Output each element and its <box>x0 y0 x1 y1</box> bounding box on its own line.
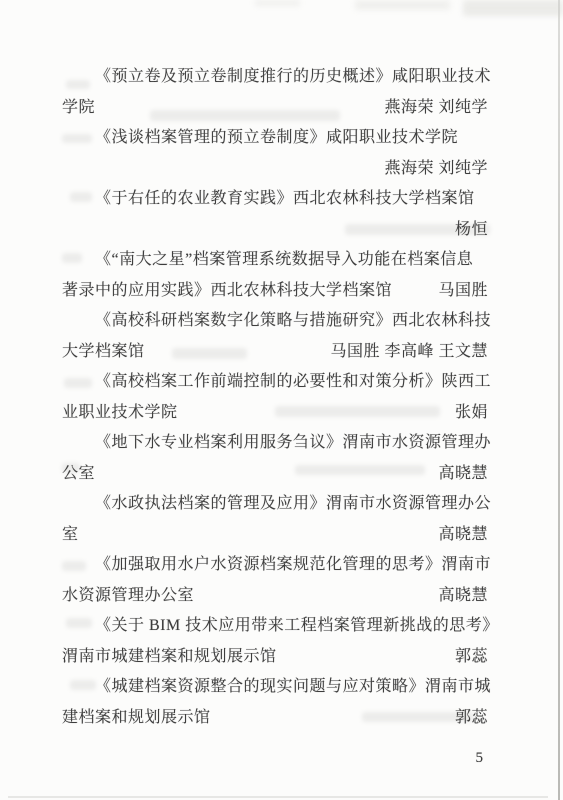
entry-institution-text: 渭南市城建档案和规划展示馆 <box>62 642 277 673</box>
document-line: 《于右任的农业教育实践》西北农林科技大学档案馆 <box>62 184 490 215</box>
author-names: 高晓慧 <box>438 581 490 612</box>
scan-smudge <box>255 0 300 6</box>
document-line: 《地下水专业档案利用服务刍议》渭南市水资源管理办 <box>62 428 490 459</box>
document-line: 《水政执法档案的管理及应用》渭南市水资源管理办公 <box>62 489 490 520</box>
entry-title-text: 《高校档案工作前端控制的必要性和对策分析》陕西工 <box>62 367 491 398</box>
author-names: 马国胜 <box>438 276 490 307</box>
document-line: 业职业技术学院 张娟 <box>62 398 490 429</box>
document-line: 《高校科研档案数字化策略与措施研究》西北农林科技 <box>62 306 490 337</box>
author-names: 马国胜 李高峰 王文慧 <box>330 337 490 368</box>
page-edge-line <box>558 0 560 800</box>
entry-title-text: 《“南大之星”档案管理系统数据导入功能在档案信息 <box>62 245 473 276</box>
page-edge-line <box>8 796 548 798</box>
entry-institution-text: 公室 <box>62 459 95 490</box>
entry-title-text: 《预立卷及预立卷制度推行的历史概述》咸阳职业技术 <box>62 62 491 93</box>
scanned-document-page: 《预立卷及预立卷制度推行的历史概述》咸阳职业技术 学院 燕海荣 刘纯学 《浅谈档… <box>0 0 563 800</box>
paper-list: 《预立卷及预立卷制度推行的历史概述》咸阳职业技术 学院 燕海荣 刘纯学 《浅谈档… <box>62 62 490 733</box>
author-names: 杨恒 <box>455 215 490 246</box>
entry-title-text: 《水政执法档案的管理及应用》渭南市水资源管理办公 <box>62 489 491 520</box>
author-names: 燕海荣 刘纯学 <box>384 154 490 185</box>
page-number: 5 <box>476 750 484 767</box>
author-names: 高晓慧 <box>438 459 490 490</box>
entry-title-text: 《城建档案资源整合的现实问题与应对策略》渭南市城 <box>62 672 491 703</box>
document-line: 燕海荣 刘纯学 <box>62 154 490 185</box>
scan-smudge <box>355 0 450 10</box>
entry-title-text: 《高校科研档案数字化策略与措施研究》西北农林科技 <box>62 306 491 337</box>
author-names: 燕海荣 刘纯学 <box>384 93 490 124</box>
entry-title-text: 《加强取用水户水资源档案规范化管理的思考》渭南市 <box>62 550 491 581</box>
document-line: 《高校档案工作前端控制的必要性和对策分析》陕西工 <box>62 367 490 398</box>
entry-institution-text: 业职业技术学院 <box>62 398 178 429</box>
entry-title-text: 《浅谈档案管理的预立卷制度》咸阳职业技术学院 <box>62 123 458 154</box>
document-line: 《城建档案资源整合的现实问题与应对策略》渭南市城 <box>62 672 490 703</box>
entry-title-text: 《地下水专业档案利用服务刍议》渭南市水资源管理办 <box>62 428 491 459</box>
document-line: 渭南市城建档案和规划展示馆 郭蕊 <box>62 642 490 673</box>
entry-institution-text: 学院 <box>62 93 95 124</box>
document-line: 公室 高晓慧 <box>62 459 490 490</box>
document-line: 《浅谈档案管理的预立卷制度》咸阳职业技术学院 <box>62 123 490 154</box>
document-line: 建档案和规划展示馆 郭蕊 <box>62 703 490 734</box>
document-line: 水资源管理办公室 高晓慧 <box>62 581 490 612</box>
author-names: 郭蕊 <box>455 703 490 734</box>
author-names: 高晓慧 <box>438 520 490 551</box>
document-line: 《“南大之星”档案管理系统数据导入功能在档案信息 <box>62 245 490 276</box>
entry-institution-text: 室 <box>62 520 79 551</box>
entry-institution-text: 大学档案馆 <box>62 337 145 368</box>
document-line: 《预立卷及预立卷制度推行的历史概述》咸阳职业技术 <box>62 62 490 93</box>
document-line: 学院 燕海荣 刘纯学 <box>62 93 490 124</box>
scan-smudge <box>463 0 563 16</box>
entry-institution-text: 著录中的应用实践》西北农林科技大学档案馆 <box>62 276 392 307</box>
document-line: 杨恒 <box>62 215 490 246</box>
document-line: 室 高晓慧 <box>62 520 490 551</box>
author-names: 张娟 <box>455 398 490 429</box>
entry-title-text: 《于右任的农业教育实践》西北农林科技大学档案馆 <box>62 184 475 215</box>
entry-title-text: 《关于 BIM 技术应用带来工程档案管理新挑战的思考》 <box>62 611 499 642</box>
entry-institution-text: 建档案和规划展示馆 <box>62 703 211 734</box>
document-line: 大学档案馆 马国胜 李高峰 王文慧 <box>62 337 490 368</box>
entry-institution-text: 水资源管理办公室 <box>62 581 194 612</box>
document-line: 著录中的应用实践》西北农林科技大学档案馆 马国胜 <box>62 276 490 307</box>
document-line: 《关于 BIM 技术应用带来工程档案管理新挑战的思考》 <box>62 611 490 642</box>
author-names: 郭蕊 <box>455 642 490 673</box>
document-line: 《加强取用水户水资源档案规范化管理的思考》渭南市 <box>62 550 490 581</box>
